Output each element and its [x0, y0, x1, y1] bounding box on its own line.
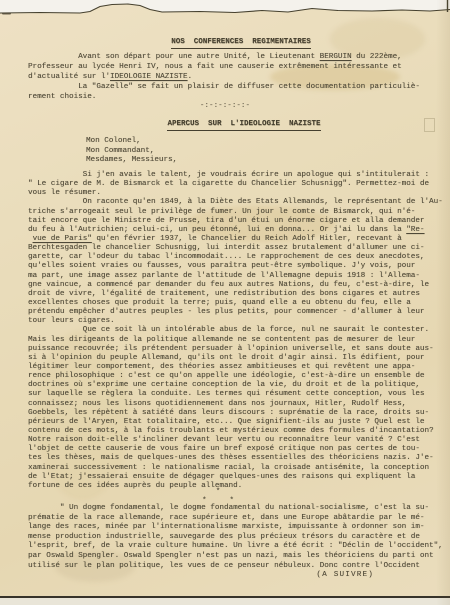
text-line: Mesdames, Messieurs, [86, 157, 286, 167]
to-be-continued-note: (A SUIVRE) [316, 571, 374, 579]
text-segment: qu'en février 1937, le Chancelier du Rei… [92, 235, 402, 243]
text-segment: du 222ème, [352, 53, 402, 61]
body-paragraph-2: " Un dogme fondamental, le dogme fondame… [28, 505, 442, 572]
intro-paragraph: Avant son départ pour une autre Unité, l… [28, 54, 442, 103]
underlined-text: vue de Paris" [33, 235, 92, 243]
underlined-text: "Re- [406, 226, 424, 234]
lecture-title-text: APERCUS SUR L'IDEOLOGIE NAZISTE [167, 120, 320, 131]
ink-smudge [2, 13, 11, 15]
dash-separator: -:-:-:-:-:- [0, 102, 450, 110]
salutation: Mon Colonel,Mon Commandant,Mesdames, Mes… [86, 138, 286, 167]
text-segment: du feu à l'Autrichien; celui-ci, un peu … [28, 226, 406, 234]
document-page: NOS CONFERENCES REGIMENTAIRES Avant son … [0, 0, 450, 605]
body-paragraph-1: Si j'en avais le talent, je voudrais écr… [28, 172, 442, 492]
underlined-text: BERGUIN [320, 53, 352, 61]
section-title: NOS CONFERENCES REGIMENTAIRES [16, 38, 450, 49]
section-title-text: NOS CONFERENCES REGIMENTAIRES [171, 38, 311, 49]
text-segment: . [188, 73, 193, 81]
torn-paper-edge [0, 0, 450, 22]
text-segment: d'actualité sur l' [28, 73, 110, 81]
lecture-title: APERCUS SUR L'IDEOLOGIE NAZISTE [19, 120, 450, 131]
text-segment: Avant son départ pour une autre Unité, l… [28, 53, 320, 61]
scan-bottom-strip [0, 598, 450, 605]
underlined-text: IDEOLOGIE NAZISTE [110, 73, 187, 81]
text-line: utilisé sur le plan politique, les vues … [28, 563, 442, 573]
